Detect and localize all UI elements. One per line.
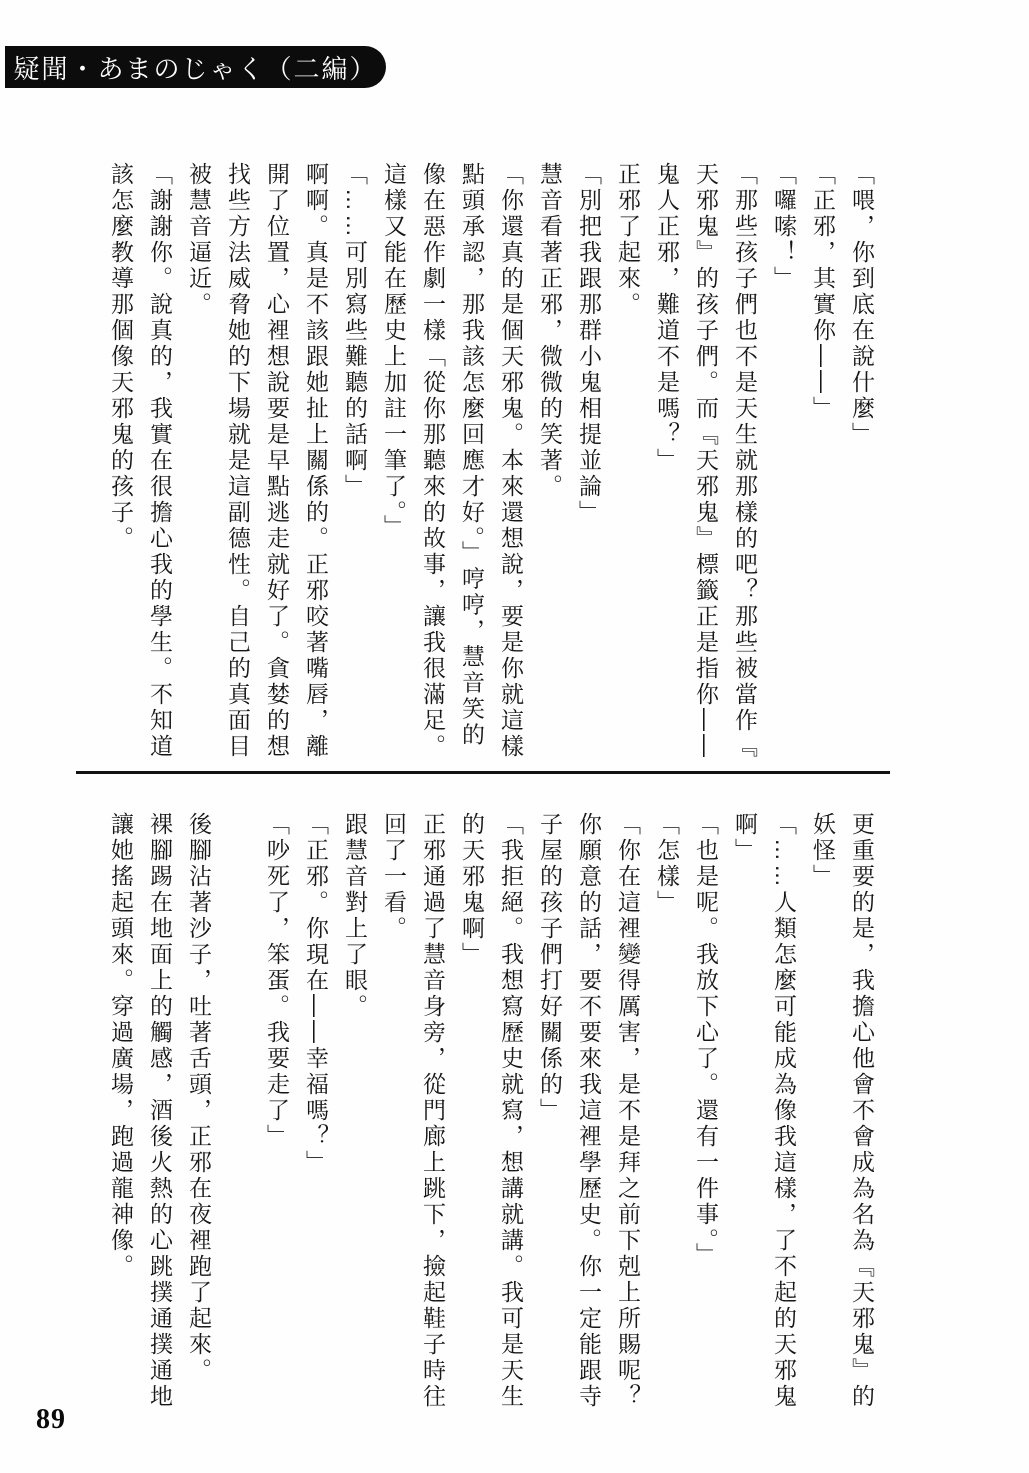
text-column: 像在惡作劇一樣「從你那聽來的故事，讓我很滿足。 (413, 162, 452, 777)
text-column: 這樣又能在歷史上加註一筆了。」 (374, 162, 413, 777)
text-column: 開了位置，心裡想說要是早點逃走就好了。貪婪的想 (257, 162, 296, 777)
text-column: 「也是呢。我放下心了。還有一件事。」 (686, 812, 725, 1427)
text-column: 「怎樣」 (647, 812, 686, 1427)
book-page: 疑聞・あまのじゃく（二編） 「喂，你到底在說什麼」「正邪，其實你——」「囉嗦！」… (0, 0, 1029, 1473)
text-column: 「吵死了，笨蛋。我要走了」 (257, 812, 296, 1427)
text-column: 跟慧音對上了眼。 (335, 812, 374, 1427)
text-column: 「別把我跟那群小鬼相提並論」 (569, 162, 608, 777)
text-column: 子屋的孩子們打好關係的」 (530, 812, 569, 1427)
blank-column (218, 812, 257, 1427)
text-column: 更重要的是，我擔心他會不會成為名為『天邪鬼』的 (842, 812, 881, 1427)
text-column: 後腳沾著沙子，吐著舌頭，正邪在夜裡跑了起來。 (179, 812, 218, 1427)
text-column: 裸腳踢在地面上的觸感，酒後火熱的心跳撲通撲通地 (140, 812, 179, 1427)
chapter-title: 疑聞・あまのじゃく（二編） (13, 49, 377, 86)
chapter-banner: 疑聞・あまのじゃく（二編） (5, 46, 386, 88)
text-column: 「那些孩子們也不是天生就那樣的吧？那些被當作『 (725, 162, 764, 777)
text-column: 天邪鬼』的孩子們。而『天邪鬼』標籤正是指你—— (686, 162, 725, 777)
text-column: 「正邪，其實你——」 (803, 162, 842, 777)
text-column: 「我拒絕。我想寫歷史就寫，想講就講。我可是天生 (491, 812, 530, 1427)
text-column: 「喂，你到底在說什麼」 (842, 162, 881, 777)
text-column: 「你還真的是個天邪鬼。本來還想說，要是你就這樣 (491, 162, 530, 777)
text-column: 的天邪鬼啊」 (452, 812, 491, 1427)
text-column: 「正邪。你現在——幸福嗎？」 (296, 812, 335, 1427)
text-column: 「囉嗦！」 (764, 162, 803, 777)
text-column: 該怎麼教導那個像天邪鬼的孩子。 (101, 162, 140, 777)
text-column: 「你在這裡變得厲害，是不是拜之前下剋上所賜呢？ (608, 812, 647, 1427)
text-column: 正邪了起來。 (608, 162, 647, 777)
text-column: 慧音看著正邪，微微的笑著。 (530, 162, 569, 777)
text-column: 找些方法威脅她的下場就是這副德性。自己的真面目 (218, 162, 257, 777)
text-column: 啊」 (725, 812, 764, 1427)
text-column: 鬼人正邪，難道不是嗎？」 (647, 162, 686, 777)
text-column: 啊啊。真是不該跟她扯上關係的。正邪咬著嘴唇，離 (296, 162, 335, 777)
text-column: 「……可別寫些難聽的話啊」 (335, 162, 374, 777)
text-column: 妖怪」 (803, 812, 842, 1427)
text-column: 讓她搖起頭來。穿過廣場，跑過龍神像。 (101, 812, 140, 1427)
text-column: 被慧音逼近。 (179, 162, 218, 777)
text-column: 你願意的話，要不要來我這裡學歷史。你一定能跟寺 (569, 812, 608, 1427)
text-column: 「謝謝你。說真的，我實在很擔心我的學生。不知道 (140, 162, 179, 777)
text-column: 正邪通過了慧音身旁，從門廊上跳下，撿起鞋子時往 (413, 812, 452, 1427)
text-column: 回了一看。 (374, 812, 413, 1427)
section-divider (76, 771, 890, 774)
text-column: 「……人類怎麼可能成為像我這樣，了不起的天邪鬼 (764, 812, 803, 1427)
lower-text-block: 更重要的是，我擔心他會不會成為名為『天邪鬼』的妖怪」「……人類怎麼可能成為像我這… (101, 812, 881, 1427)
page-number: 89 (36, 1404, 66, 1436)
upper-text-block: 「喂，你到底在說什麼」「正邪，其實你——」「囉嗦！」「那些孩子們也不是天生就那樣… (101, 162, 881, 777)
text-column: 點頭承認，那我該怎麼回應才好。」哼哼，慧音笑的 (452, 162, 491, 777)
